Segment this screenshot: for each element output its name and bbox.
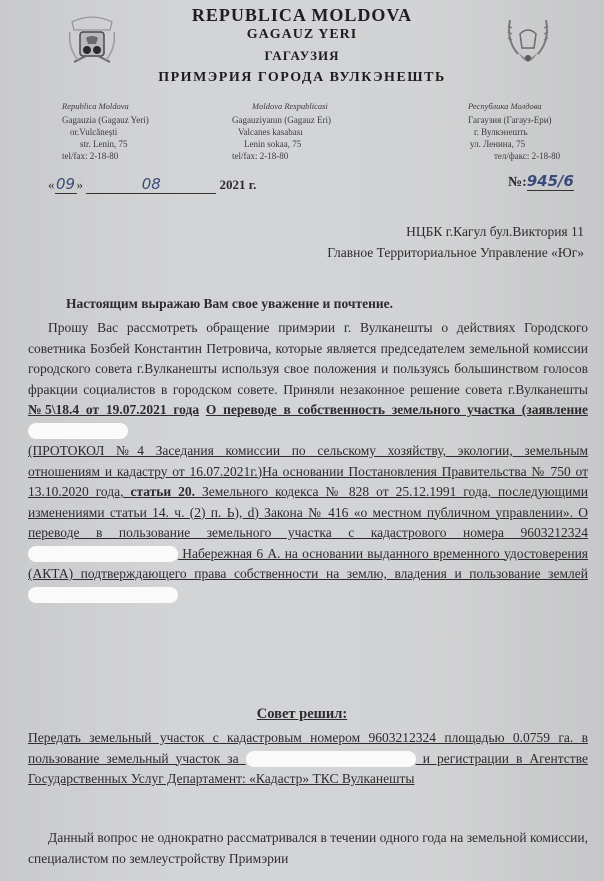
redacted-area	[28, 587, 178, 603]
address-line: tel/fax: 2-18-80	[232, 150, 331, 162]
redacted-area	[246, 751, 416, 767]
address-line: or.Vulcănești	[62, 126, 149, 138]
address-title: Республика Молдова	[468, 100, 560, 112]
greeting: Настоящим выражаю Вам свое уважение и по…	[66, 296, 393, 312]
addressee-line-2: Главное Территориальное Управление «Юг»	[327, 242, 584, 263]
address-line: Gagauziyanın (Gagauz Eri)	[232, 114, 331, 126]
addressee-line-1: НЦБК г.Кагул бул.Виктория 11	[327, 221, 584, 242]
paragraph-complaint: Прошу Вас рассмотреть обращение примэрии…	[28, 318, 588, 605]
address-title: Moldova Respublicasi	[232, 100, 331, 112]
address-line: г. Вулкэнешть	[468, 126, 560, 138]
number-value: 945/6	[527, 172, 574, 191]
decision-number: №5\18.4 от 19.07.2021 года	[28, 402, 199, 417]
addressee-block: НЦБК г.Кагул бул.Виктория 11 Главное Тер…	[327, 221, 584, 263]
address-line: tel/fax: 2-18-80	[62, 150, 149, 162]
document-page: REPUBLICA MOLDOVA GAGAUZ YERI ГАГАУЗИЯ П…	[0, 0, 604, 881]
address-russian: Республика Молдова Гагаузия (Гагауз-Ери)…	[468, 100, 560, 162]
header-republic: REPUBLICA MOLDOVA	[0, 5, 604, 26]
address-line: ул. Ленина, 75	[468, 138, 560, 150]
address-line: тел/факс: 2-18-80	[468, 150, 560, 162]
paragraph-history: Данный вопрос не однократно рассматривал…	[28, 828, 588, 869]
address-line: Valcanes kasabası	[232, 126, 331, 138]
decision-title: О переводе в собственность земельного уч…	[206, 402, 588, 417]
header-primaria: ПРИМЭРИЯ ГОРОДА ВУЛКЭНЕШТЬ	[0, 70, 604, 86]
address-romanian: Republica Moldova Gagauzia (Gagauz Yeri)…	[62, 100, 149, 162]
resolution-title: Совет решил:	[0, 706, 604, 723]
number-label: №:	[508, 175, 527, 190]
address-gagauz: Moldova Respublicasi Gagauziyanın (Gagau…	[232, 100, 331, 162]
date-day: 09	[55, 175, 77, 194]
address-line: Gagauzia (Gagauz Yeri)	[62, 114, 149, 126]
address-title: Republica Moldova	[62, 100, 149, 112]
resolution-text: Передать земельный участок с кадастровым…	[28, 728, 588, 790]
address-line: str. Lenin, 75	[62, 138, 149, 150]
redacted-area	[28, 546, 178, 562]
address-line: Гагаузия (Гагауз-Ери)	[468, 114, 560, 126]
article-reference: статьи 20.	[130, 484, 195, 499]
header-gagauz-yeri: GAGAUZ YERI	[0, 27, 604, 43]
outgoing-number: №:945/6	[508, 172, 574, 191]
document-date: «09» 08 2021 г.	[48, 175, 256, 194]
complaint-text: Прошу Вас рассмотреть обращение примэрии…	[28, 320, 588, 397]
redacted-area	[28, 423, 128, 439]
address-line: Lenin sokaa, 75	[232, 138, 331, 150]
header-gagauzia: ГАГАУЗИЯ	[0, 48, 604, 64]
date-month: 08	[86, 175, 216, 194]
date-year: 2021 г.	[220, 177, 257, 192]
